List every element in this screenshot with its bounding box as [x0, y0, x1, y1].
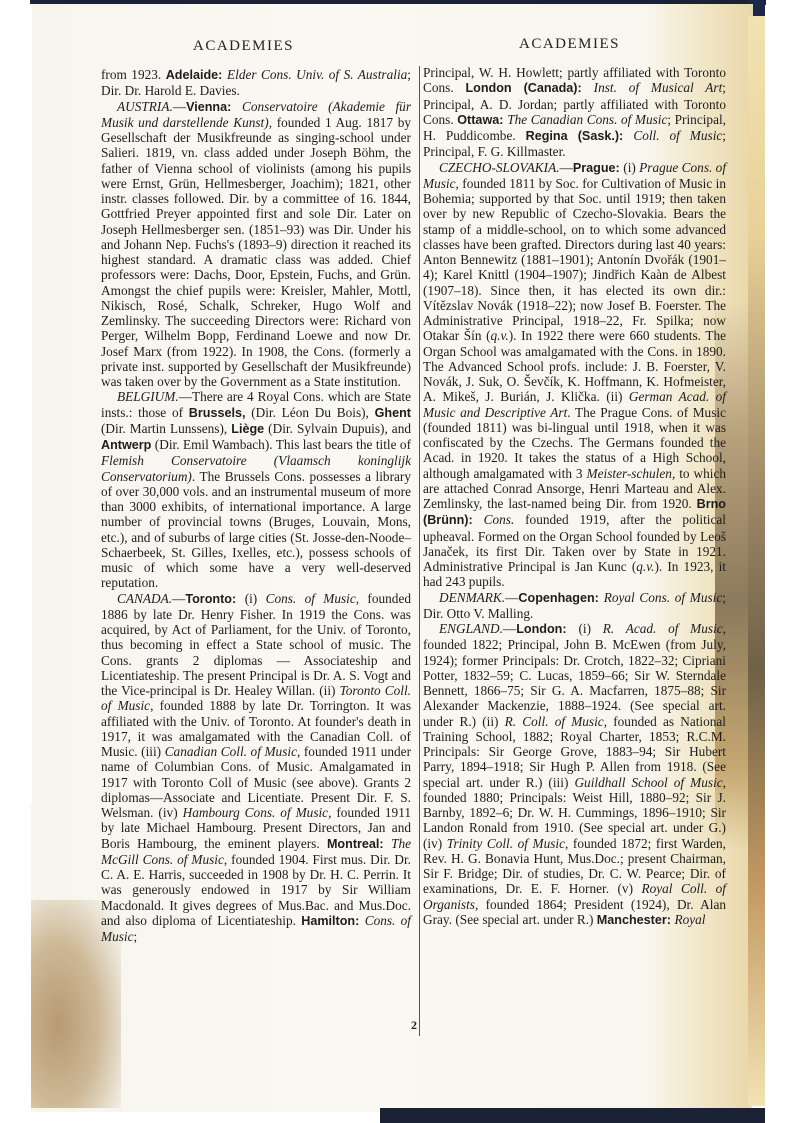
- paragraph: CANADA.—Toronto: (i) Cons. of Music, fou…: [101, 591, 411, 945]
- italic-title: R. Coll. of Music: [505, 714, 604, 729]
- place-heading: Antwerp: [101, 438, 151, 452]
- body-text: —: [505, 590, 518, 605]
- italic-title: Hambourg Cons. of Music: [183, 805, 329, 820]
- place-heading: London:: [516, 622, 578, 636]
- italic-title: Inst. of Musical Art: [594, 80, 723, 95]
- running-header-left: ACADEMIES: [193, 38, 294, 55]
- text-column-left: from 1923. Adelaide: Elder Cons. Univ. o…: [101, 67, 411, 944]
- place-heading: Liège: [231, 422, 264, 436]
- italic-title: Meister-schulen: [587, 466, 672, 481]
- paragraph: from 1923. Adelaide: Elder Cons. Univ. o…: [101, 67, 411, 99]
- place-heading: Ghent: [375, 406, 411, 420]
- paragraph: CZECHO-SLOVAKIA.—Prague: (i) Prague Cons…: [423, 160, 726, 590]
- place-heading: Hamilton:: [301, 914, 365, 928]
- body-text: ;: [134, 929, 138, 944]
- body-text: , founded 1 Aug. 1817 by Gesellschaft de…: [101, 115, 411, 389]
- body-text: —: [560, 160, 573, 175]
- body-text: (i): [245, 591, 266, 606]
- body-text: —: [173, 99, 186, 114]
- italic-title: q.v.: [636, 559, 654, 574]
- body-text: (Dir. Emil Wambach). This last bears the…: [151, 437, 411, 452]
- column-divider: [419, 66, 420, 1036]
- body-text: (Dir. Léon Du Bois),: [245, 405, 374, 420]
- paragraph: AUSTRIA.—Vienna: Conservatoire (Akademie…: [101, 99, 411, 390]
- page-number: 2: [411, 1018, 417, 1033]
- place-heading: Adelaide:: [166, 68, 227, 82]
- body-text: . The Brussels Cons. possesses a library…: [101, 469, 411, 591]
- italic-title: R. Acad. of Music: [603, 621, 723, 636]
- book-spine-edge: [748, 16, 765, 1106]
- place-heading: Vienna:: [186, 100, 242, 114]
- body-text: (i): [623, 160, 639, 175]
- place-heading: London (Canada):: [465, 81, 593, 95]
- text-column-right: Principal, W. H. Howlett; partly affilia…: [423, 65, 726, 928]
- italic-title: DENMARK.: [439, 590, 505, 605]
- italic-title: ENGLAND.: [439, 621, 503, 636]
- italic-title: CANADA.: [117, 591, 172, 606]
- italic-title: Canadian Coll. of Music: [165, 744, 297, 759]
- paragraph: DENMARK.—Copenhagen: Royal Cons. of Musi…: [423, 590, 726, 622]
- body-text: —: [172, 591, 185, 606]
- book-binding-bottom: [380, 1108, 765, 1123]
- body-text: , founded 1811 by Soc. for Cultivation o…: [423, 176, 726, 344]
- paragraph: Principal, W. H. Howlett; partly affilia…: [423, 65, 726, 160]
- italic-title: Trinity Coll. of Music: [447, 836, 565, 851]
- paragraph: ENGLAND.—London: (i) R. Acad. of Music, …: [423, 621, 726, 928]
- place-heading: Regina (Sask.):: [526, 129, 634, 143]
- italic-title: BELGIUM.: [117, 389, 179, 404]
- body-text: (Dir. Sylvain Dupuis), and: [264, 421, 411, 436]
- italic-title: The Canadian Cons. of Music: [507, 112, 667, 127]
- place-heading: Copenhagen:: [518, 591, 603, 605]
- italic-title: Cons.: [484, 512, 515, 527]
- italic-title: Guildhall School of Music: [574, 775, 722, 790]
- body-text: (i): [578, 621, 602, 636]
- body-text: , founded 1886 by late Dr. Henry Fisher.…: [101, 591, 411, 699]
- italic-title: Royal Cons. of Music: [604, 590, 723, 605]
- italic-title: Coll. of Music: [633, 128, 722, 143]
- italic-title: q.v.: [491, 328, 509, 343]
- body-text: —: [503, 621, 516, 636]
- place-heading: Prague:: [573, 161, 623, 175]
- body-text: , founded 1822; Principal, John B. McEwe…: [423, 621, 726, 729]
- body-text: (Dir. Martin Lunssens),: [101, 421, 231, 436]
- body-text: from 1923.: [101, 67, 166, 82]
- italic-title: AUSTRIA.: [117, 99, 173, 114]
- place-heading: Manchester:: [597, 913, 675, 927]
- place-heading: Brussels,: [189, 406, 246, 420]
- running-header-right: ACADEMIES: [519, 36, 620, 53]
- italic-title: CZECHO-SLOVAKIA.: [439, 160, 560, 175]
- place-heading: Montreal:: [327, 837, 391, 851]
- place-heading: Toronto:: [185, 592, 244, 606]
- italic-title: Cons. of Music: [266, 591, 356, 606]
- paragraph: BELGIUM.—There are 4 Royal Cons. which a…: [101, 389, 411, 590]
- italic-title: Elder Cons. Univ. of S. Australia: [227, 67, 407, 82]
- place-heading: Ottawa:: [457, 113, 507, 127]
- italic-title: Royal: [674, 912, 705, 927]
